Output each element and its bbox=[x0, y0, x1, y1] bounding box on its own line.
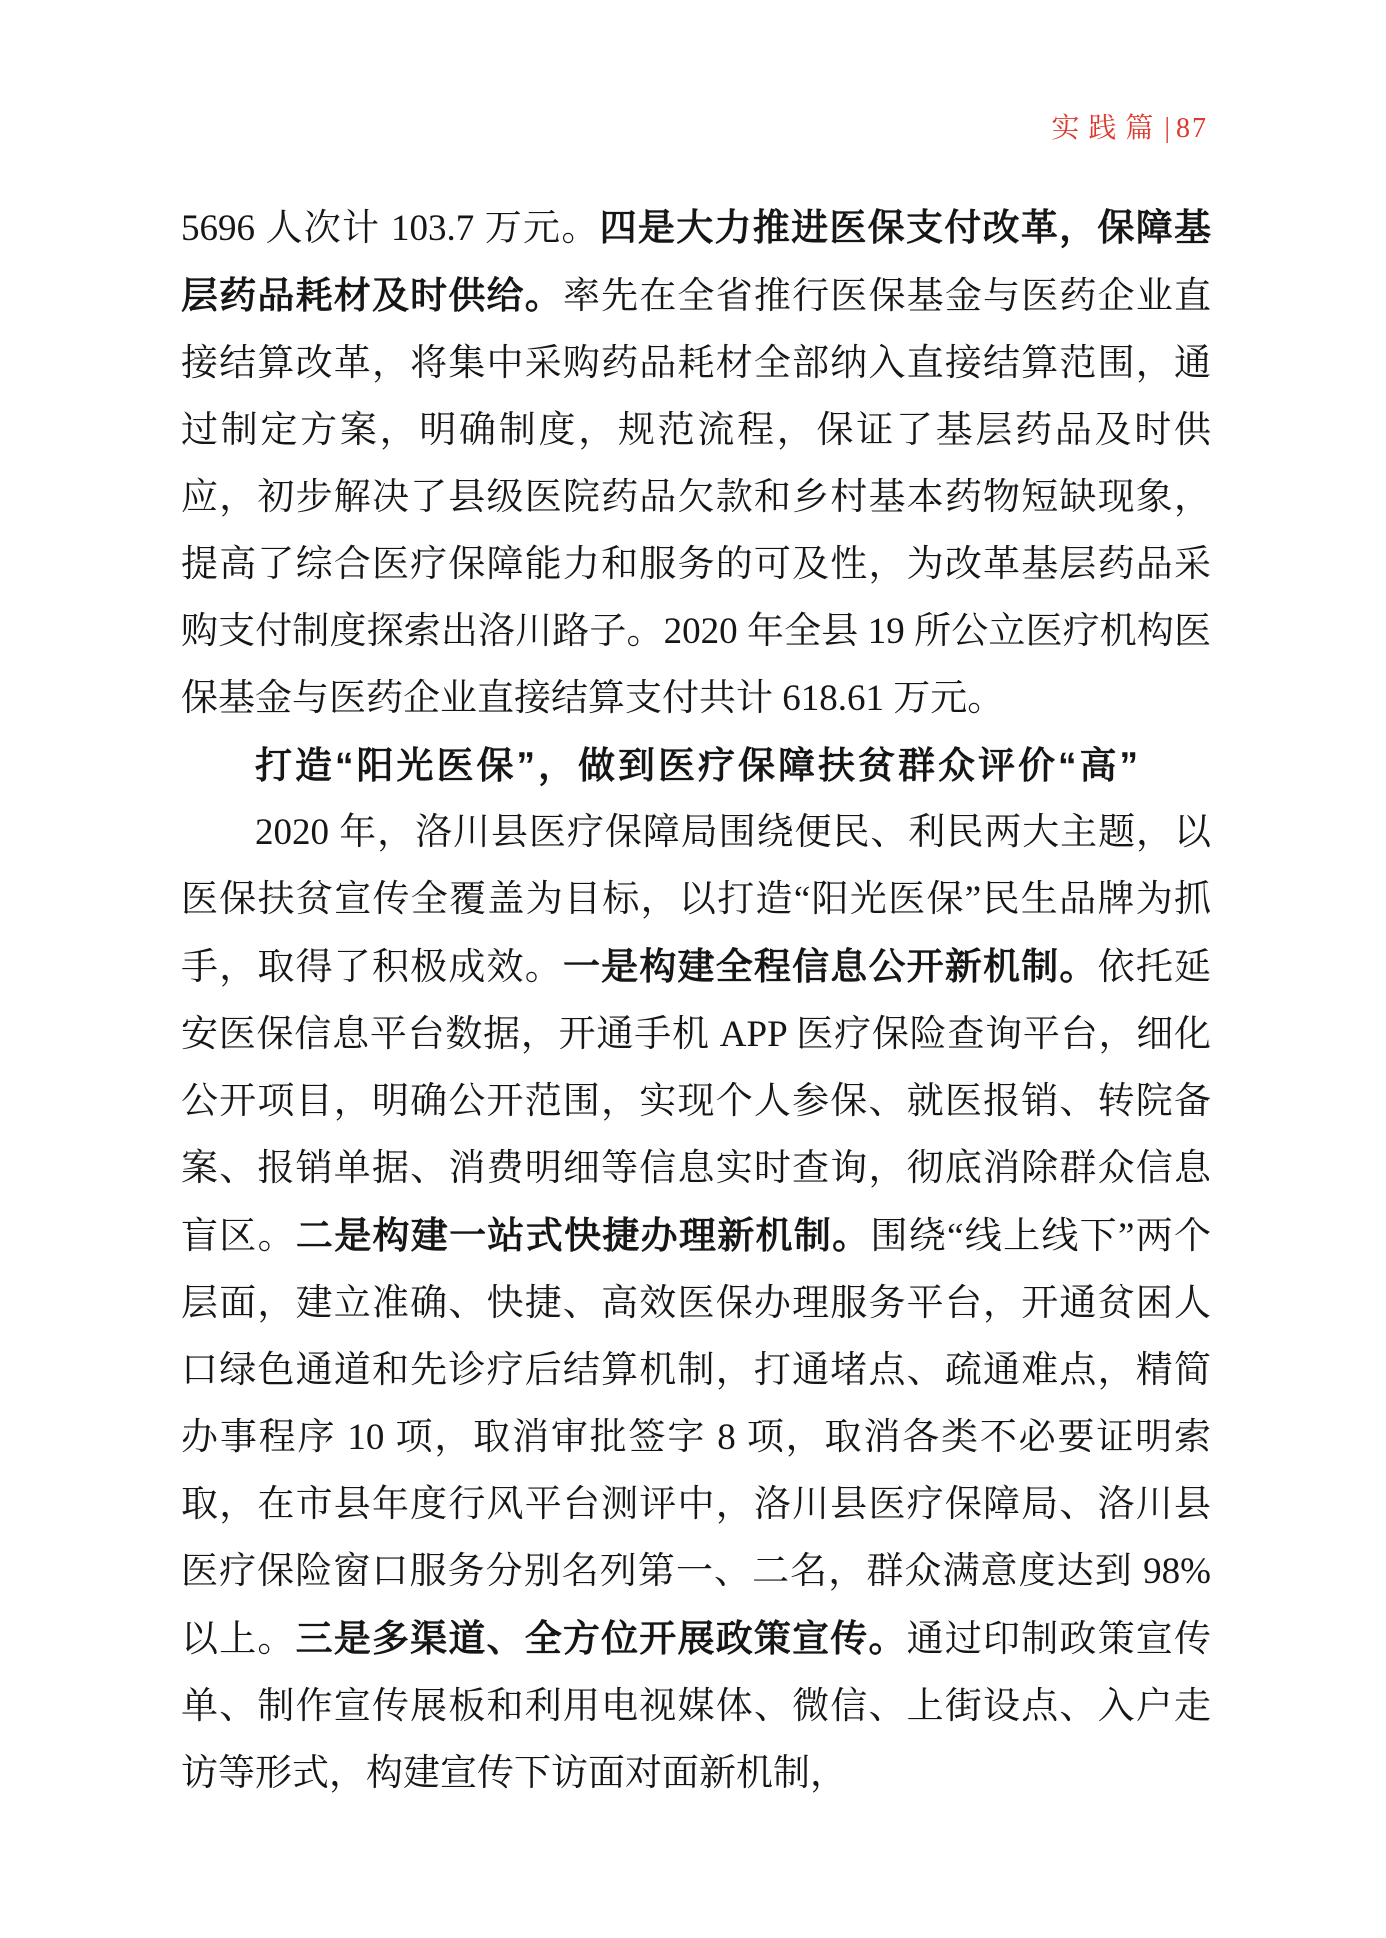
header-divider: | bbox=[1164, 113, 1170, 144]
emphasis-run: 打造“阳光医保”，做到医疗保障扶贫群众评价“高” bbox=[255, 745, 1141, 786]
document-body: 5696 人次计 103.7 万元。四是大力推进医保支付改革，保障基层药品耗材及… bbox=[181, 194, 1211, 1807]
body-paragraph: 2020 年，洛川县医疗保障局围绕便民、利民两大主题，以医保扶贫宣传全覆盖为目标… bbox=[181, 799, 1211, 1807]
section-heading: 打造“阳光医保”，做到医疗保障扶贫群众评价“高” bbox=[181, 732, 1211, 799]
document-page: 实践篇|87 5696 人次计 103.7 万元。四是大力推进医保支付改革，保障… bbox=[0, 0, 1386, 1938]
text-run: 率先在全省推行医保基金与医药企业直接结算改革，将集中采购药品耗材全部纳入直接结算… bbox=[181, 276, 1211, 719]
text-run: 5696 人次计 103.7 万元。 bbox=[181, 208, 600, 249]
emphasis-run: 三是多渠道、全方位开展政策宣传。 bbox=[296, 1618, 907, 1659]
emphasis-run: 二是构建一站式快捷办理新机制。 bbox=[296, 1215, 871, 1256]
page-number: 87 bbox=[1176, 113, 1208, 144]
text-run: 围绕“线上线下”两个层面，建立准确、快捷、高效医保办理服务平台，开通贫困人口绿色… bbox=[181, 1216, 1211, 1660]
page-header: 实践篇|87 bbox=[1051, 112, 1208, 146]
emphasis-run: 一是构建全程信息公开新机制。 bbox=[563, 946, 1098, 987]
section-title: 实践篇 bbox=[1051, 113, 1162, 144]
text-run: 依托延安医保信息平台数据，开通手机 APP 医疗保险查询平台，细化公开项目，明确… bbox=[181, 947, 1211, 1257]
body-paragraph: 5696 人次计 103.7 万元。四是大力推进医保支付改革，保障基层药品耗材及… bbox=[181, 194, 1211, 732]
